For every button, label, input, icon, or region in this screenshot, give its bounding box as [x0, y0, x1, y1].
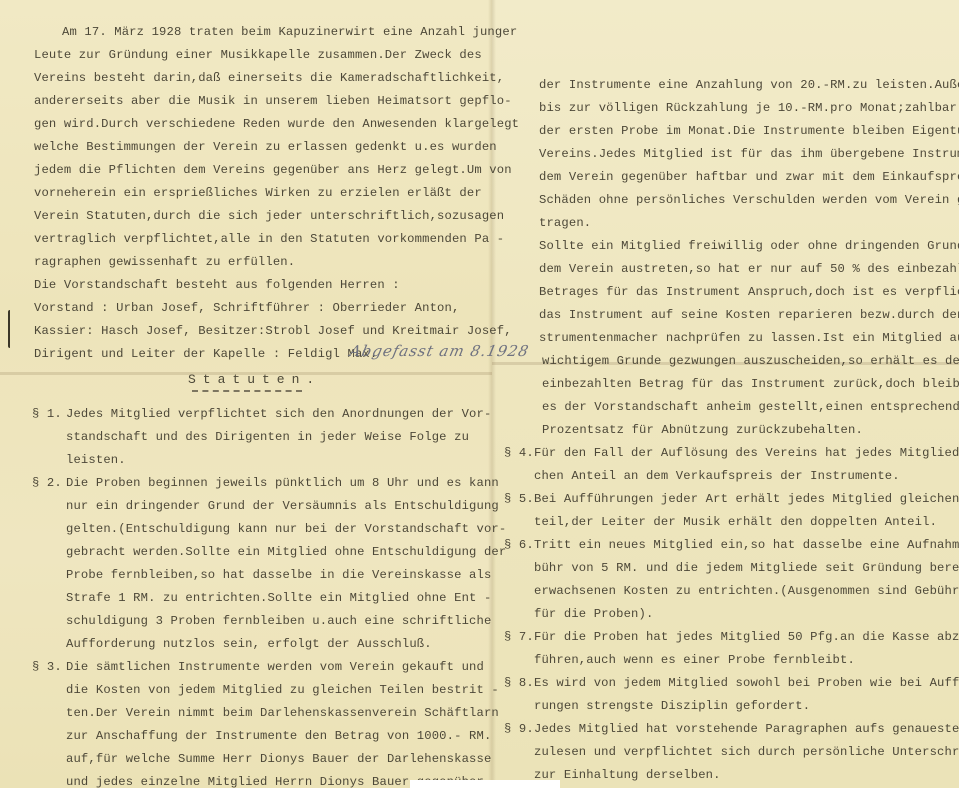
board-line: Vorstand : Urban Josef, Schriftführer : …: [34, 301, 459, 315]
text-line: jedem die Pflichten dem Vereins gegenübe…: [34, 163, 512, 177]
text-line: wichtigem Grunde gezwungen auszuscheiden…: [542, 354, 959, 368]
text-line: tragen.: [539, 216, 591, 230]
text-line: bis zur völligen Rückzahlung je 10.-RM.p…: [539, 101, 959, 115]
board-heading: Die Vorstandschaft besteht aus folgenden…: [34, 278, 400, 292]
text-line: gelten.(Entschuldigung kann nur bei der …: [66, 522, 506, 536]
text-line: ragraphen gewissenhaft zu erfüllen.: [34, 255, 295, 269]
right-page: [492, 0, 959, 788]
text-line: rungen strengste Disziplin gefordert.: [534, 699, 810, 713]
text-line: schuldigung 3 Proben fernbleiben u.auch …: [66, 614, 491, 628]
text-line: Jedes Mitglied hat vorstehende Paragraph…: [534, 722, 959, 736]
text-line: Probe fernbleiben,so hat dasselbe in die…: [66, 568, 491, 582]
paragraph-number: § 7.: [504, 630, 534, 644]
text-line: Für den Fall der Auflösung des Vereins h…: [534, 446, 959, 460]
text-line: Leute zur Gründung einer Musikkapelle zu…: [34, 48, 482, 62]
text-line: Schäden ohne persönliches Verschulden we…: [539, 193, 959, 207]
text-line: dem Verein gegenüber haftbar und zwar mi…: [539, 170, 959, 184]
paragraph-number: § 3.: [32, 660, 62, 674]
text-line: welche Bestimmungen der Verein zu erlass…: [34, 140, 497, 154]
text-line: gen wird.Durch verschiedene Reden wurde …: [34, 117, 519, 131]
text-line: Vereins besteht darin,daß einerseits die…: [34, 71, 504, 85]
text-line: bühr von 5 RM. und die jedem Mitgliede s…: [534, 561, 959, 575]
text-line: zur Einhaltung derselben.: [534, 768, 721, 782]
text-line: gebracht werden.Sollte ein Mitglied ohne…: [66, 545, 506, 559]
text-line: Sollte ein Mitglied freiwillig oder ohne…: [539, 239, 959, 253]
text-line: Für die Proben hat jedes Mitglied 50 Pfg…: [534, 630, 959, 644]
text-line: Am 17. März 1928 traten beim Kapuzinerwi…: [62, 25, 517, 39]
text-line: chen Anteil an dem Verkaufspreis der Ins…: [534, 469, 900, 483]
text-line: zur Anschaffung der Instrumente den Betr…: [66, 729, 491, 743]
text-line: Prozentsatz für Abnützung zurückzubehalt…: [542, 423, 863, 437]
paragraph-number: § 5.: [504, 492, 534, 506]
text-line: dem Verein austreten,so hat er nur auf 5…: [539, 262, 959, 276]
text-line: es der Vorstandschaft anheim gestellt,ei…: [542, 400, 959, 414]
text-line: Tritt ein neues Mitglied ein,so hat dass…: [534, 538, 959, 552]
text-line: Bei Aufführungen jeder Art erhält jedes …: [534, 492, 959, 506]
board-line: Kassier: Hasch Josef, Besitzer:Strobl Jo…: [34, 324, 512, 338]
text-line: nur ein dringender Grund der Versäumnis …: [66, 499, 499, 513]
text-line: einbezahlten Betrag für das Instrument z…: [542, 377, 959, 391]
paragraph-number: § 6.: [504, 538, 534, 552]
paragraph-number: § 9.: [504, 722, 534, 736]
text-line: zulesen und verpflichtet sich durch pers…: [534, 745, 959, 759]
title-underline: [192, 390, 302, 392]
text-line: Die Proben beginnen jeweils pünktlich um…: [66, 476, 499, 490]
paragraph-number: § 8.: [504, 676, 534, 690]
text-line: Es wird von jedem Mitglied sowohl bei Pr…: [534, 676, 959, 690]
text-line: Aufforderung nutzlos sein, erfolgt der A…: [66, 637, 432, 651]
paragraph-number: § 4.: [504, 446, 534, 460]
text-line: die Kosten von jedem Mitglied zu gleiche…: [66, 683, 499, 697]
text-line: standschaft und des Dirigenten in jeder …: [66, 430, 469, 444]
text-line: leisten.: [66, 453, 126, 467]
text-line: vorneherein ein ersprießliches Wirken zu…: [34, 186, 482, 200]
text-line: Betrages für das Instrument Anspruch,doc…: [539, 285, 959, 299]
text-line: andererseits aber die Musik in unserem l…: [34, 94, 512, 108]
text-line: auf,für welche Summe Herr Dionys Bauer d…: [66, 752, 491, 766]
text-line: Vereins.Jedes Mitglied ist für das ihm ü…: [539, 147, 959, 161]
statutes-title: Statuten.: [188, 372, 321, 387]
text-line: teil,der Leiter der Musik erhält den dop…: [534, 515, 937, 529]
text-line: Jedes Mitglied verpflichtet sich den Ano…: [66, 407, 491, 421]
paragraph-number: § 1.: [32, 407, 62, 421]
text-line: Strafe 1 RM. zu entrichten.Sollte ein Mi…: [66, 591, 491, 605]
margin-bracket-mark: [8, 310, 14, 348]
text-line: erwachsenen Kosten zu entrichten.(Ausgen…: [534, 584, 959, 598]
paragraph-number: § 2.: [32, 476, 62, 490]
text-line: vertraglich verpflichtet,alle in den Sta…: [34, 232, 504, 246]
torn-edge: [410, 780, 560, 788]
text-line: das Instrument auf seine Kosten reparier…: [539, 308, 959, 322]
text-line: strumentenmacher nachprüfen zu lassen.Is…: [539, 331, 959, 345]
board-line: Dirigent und Leiter der Kapelle : Feldig…: [34, 347, 377, 361]
text-line: führen,auch wenn es einer Probe fernblei…: [534, 653, 855, 667]
text-line: Die sämtlichen Instrumente werden vom Ve…: [66, 660, 484, 674]
text-line: für die Proben).: [534, 607, 653, 621]
text-line: ten.Der Verein nimmt beim Darlehenskasse…: [66, 706, 499, 720]
handwritten-annotation: Abgefasst am 8.1928: [348, 342, 531, 360]
text-line: der ersten Probe im Monat.Die Instrument…: [539, 124, 959, 138]
text-line: Verein Statuten,durch die sich jeder unt…: [34, 209, 504, 223]
text-line: der Instrumente eine Anzahlung von 20.-R…: [539, 78, 959, 92]
